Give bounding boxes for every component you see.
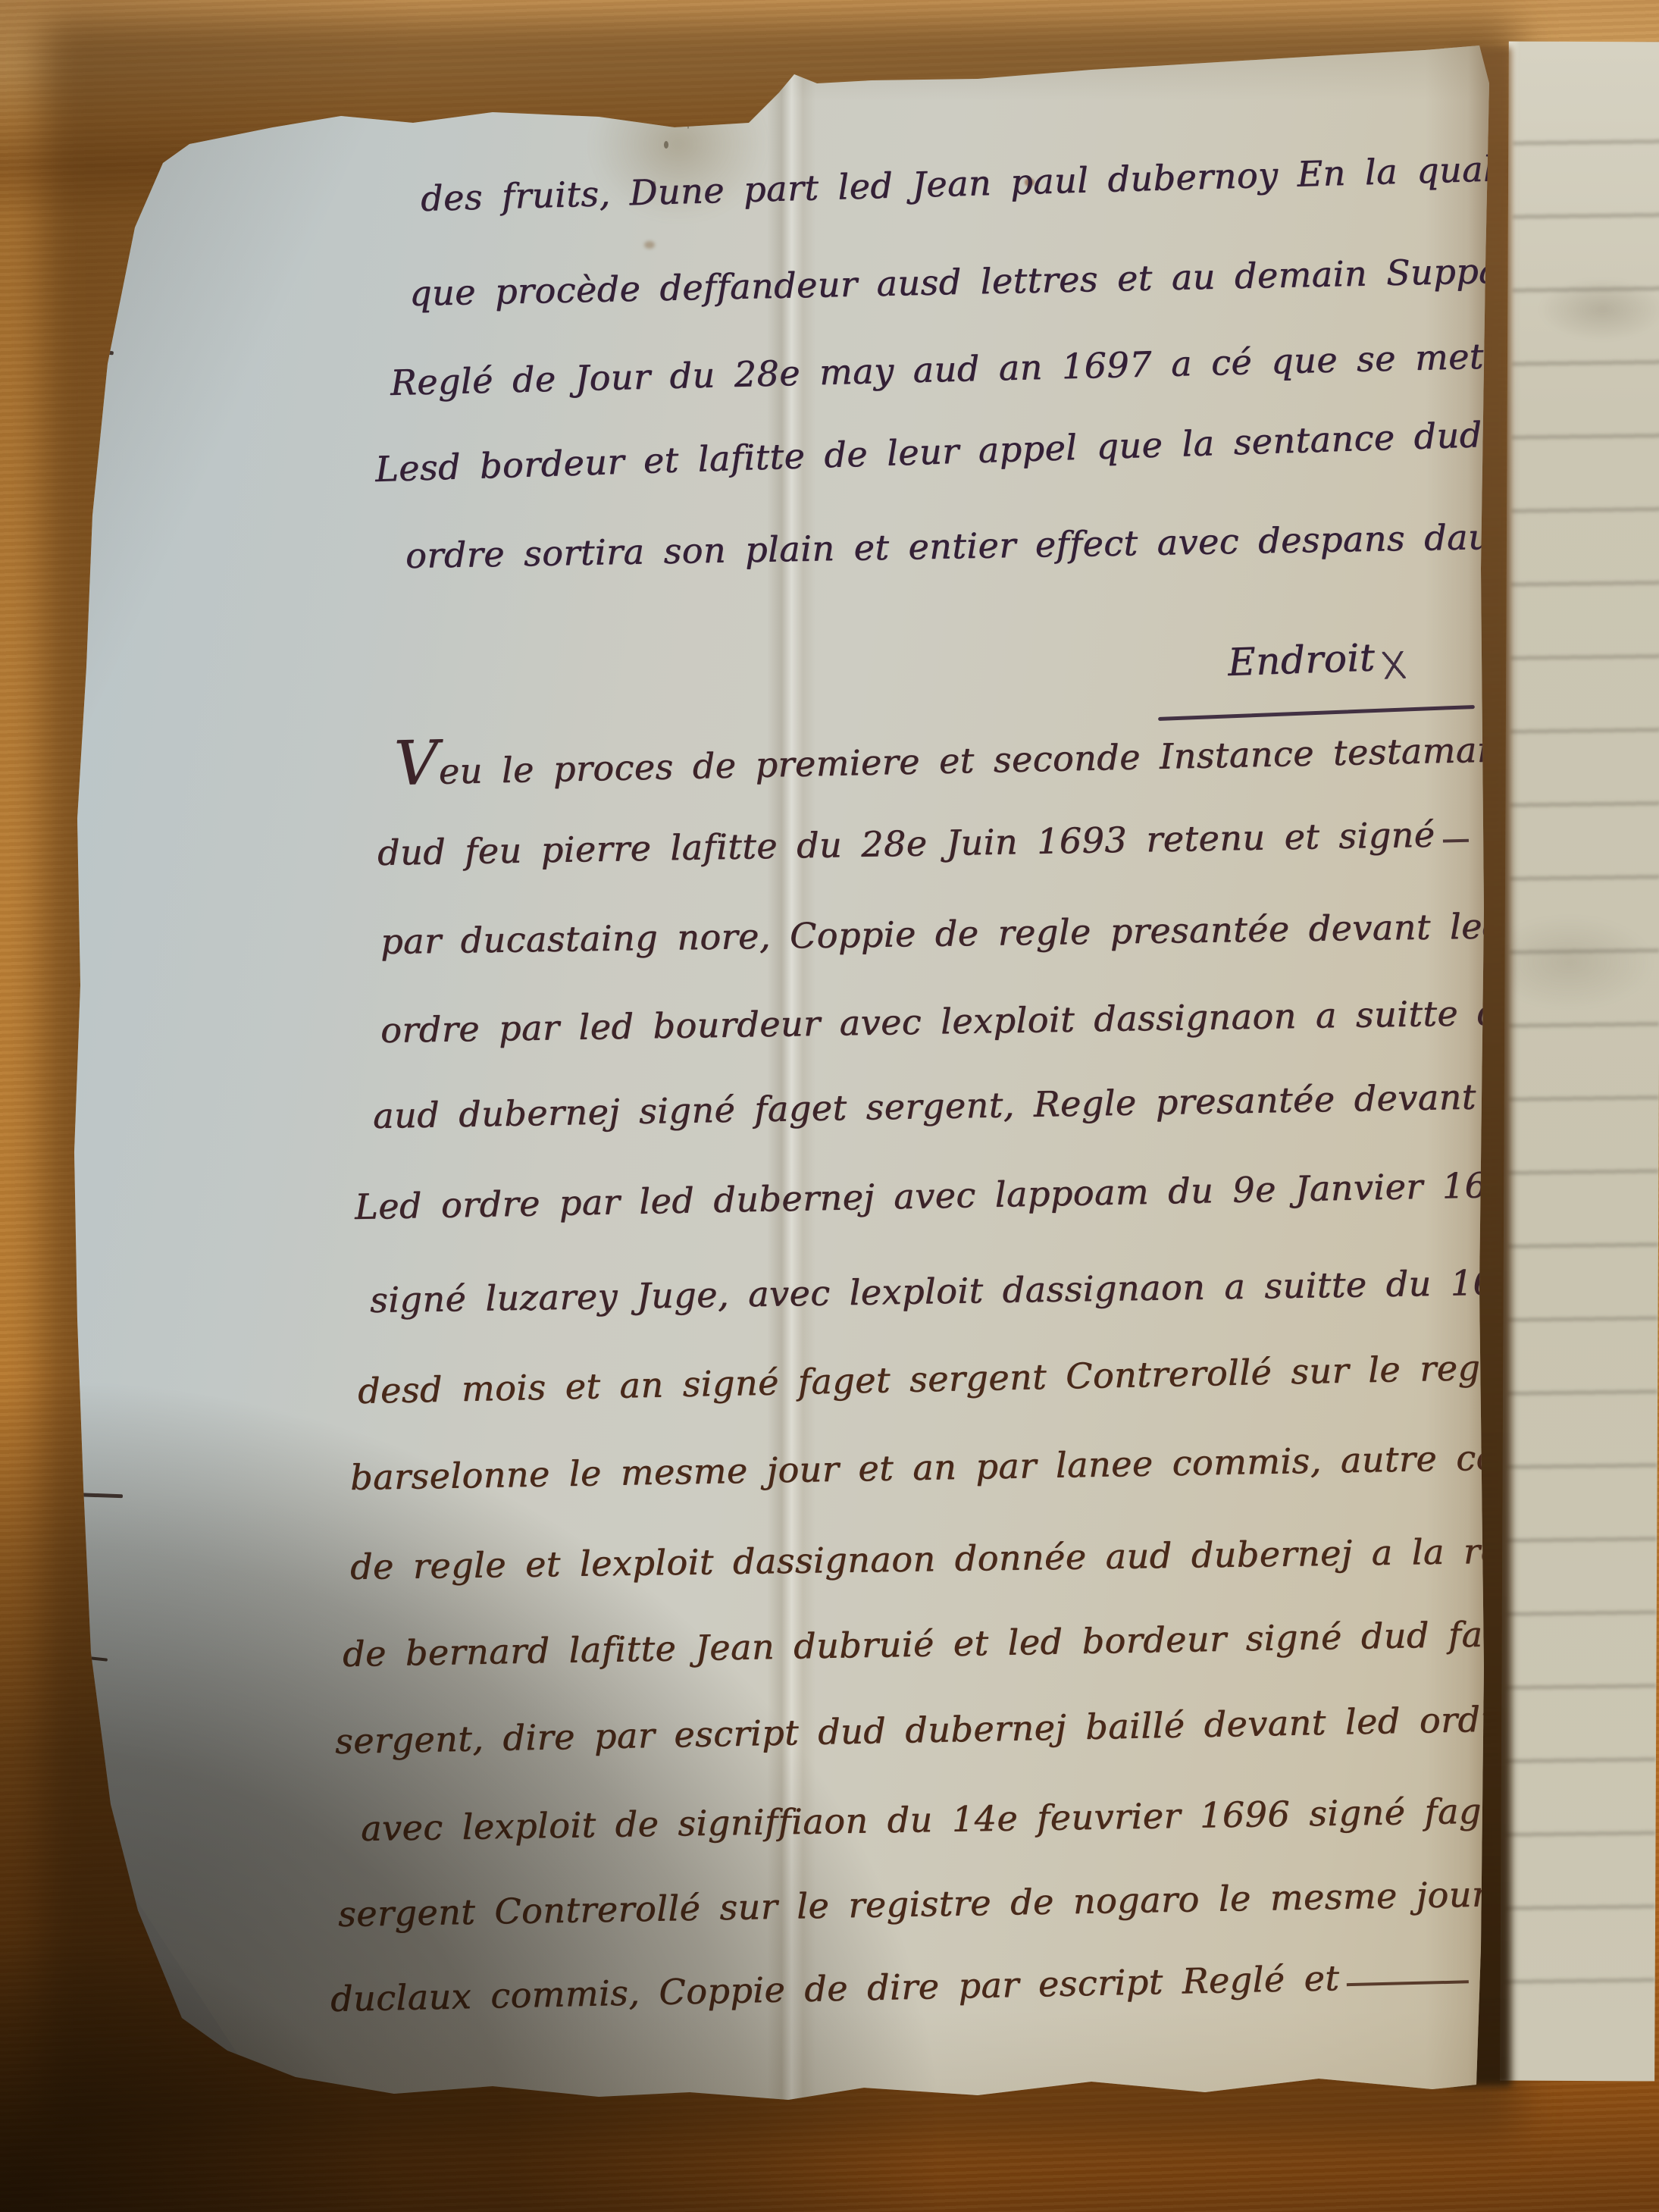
- photographed-manuscript: 15 des fruits, Dune part led Jean paul d…: [0, 0, 1659, 2212]
- endroit-marginal-note: Endroit: [1227, 634, 1406, 685]
- manuscript-line-text: aud dubernej signé faget sergent, Regle …: [373, 1076, 1477, 1136]
- manuscript-line: des fruits, Dune part led Jean paul dube…: [420, 149, 1472, 219]
- manuscript-line-text: Veu le proces de premiere et seconde Ins…: [393, 716, 1514, 793]
- manuscript-line: Led ordre par led dubernej avec lappoam …: [354, 1165, 1472, 1227]
- manuscript-line: dud feu pierre lafitte du 28e Juin 1693 …: [377, 813, 1473, 873]
- manuscript-line: ordre par led bourdeur avec lexploit das…: [380, 992, 1473, 1051]
- manuscript-line: sergent, dire par escript dud dubernej b…: [334, 1699, 1472, 1762]
- manuscript-line-text: Reglé de Jour du 28e may aud an 1697 a c…: [390, 334, 1557, 403]
- line-end-filler-stroke: [1347, 1980, 1469, 1986]
- manuscript-line: Reglé de Jour du 28e may aud an 1697 a c…: [390, 336, 1472, 403]
- manuscript-line-text: de bernard lafitte Jean dubruié et led b…: [343, 1612, 1542, 1675]
- manuscript-line-text: duclaux commis, Coppie de dire par escri…: [330, 1957, 1339, 2019]
- manuscript-line-text: Lesd bordeur et lafitte de leur appel qu…: [374, 413, 1508, 490]
- line-end-filler-stroke: [1442, 839, 1469, 843]
- manuscript-line: Lesd bordeur et lafitte de leur appel qu…: [374, 415, 1472, 490]
- manuscript-line-text: signé luzarey Juge, avec lexploit dassig…: [370, 1261, 1517, 1321]
- manuscript-line-text: desd mois et an signé faget sergent Cont…: [357, 1344, 1626, 1411]
- manuscript-line-text: que procède deffandeur ausd lettres et a…: [408, 248, 1614, 314]
- manuscript-line: barselonne le mesme jour et an par lanee…: [350, 1437, 1473, 1498]
- manuscript-page: 15 des fruits, Dune part led Jean paul d…: [68, 38, 1489, 2115]
- manuscript-line: ordre sortira son plain et entier effect…: [405, 516, 1473, 576]
- manuscript-line: de regle et lexploit dassignaon donnée a…: [350, 1531, 1473, 1587]
- paraph-flourish: [1382, 651, 1406, 679]
- manuscript-line-text: avec lexploit de signiffiaon du 14e feuv…: [361, 1790, 1517, 1849]
- manuscript-line: aud dubernej signé faget sergent, Regle …: [373, 1076, 1473, 1136]
- manuscript-line-text: par ducastaing nore, Coppie de regle pre…: [380, 905, 1505, 962]
- manuscript-line-text: barselonne le mesme jour et an par lanee…: [350, 1436, 1576, 1498]
- manuscript-line-text: dud feu pierre lafitte du 28e Juin 1693 …: [377, 814, 1435, 873]
- manuscript-line: de bernard lafitte Jean dubruié et led b…: [343, 1614, 1473, 1675]
- manuscript-lines: des fruits, Dune part led Jean paul dube…: [68, 38, 1489, 2115]
- manuscript-line-text: sergent, dire par escript dud dubernej b…: [334, 1698, 1519, 1762]
- second-sheet-bleedthrough: [1504, 72, 1659, 2051]
- manuscript-line-text: ordre sortira son plain et entier effect…: [405, 515, 1544, 576]
- manuscript-line: Veu le proces de premiere et seconde Ins…: [393, 716, 1472, 793]
- manuscript-line-text: ordre par led bourdeur avec lexploit das…: [380, 991, 1610, 1051]
- second-sheet: [1500, 42, 1659, 2082]
- manuscript-line-text: sergent Contrerollé sur le registre de n…: [338, 1870, 1659, 1935]
- manuscript-line: par ducastaing nore, Coppie de regle pre…: [380, 906, 1473, 962]
- manuscript-line: duclaux commis, Coppie de dire par escri…: [330, 1954, 1472, 2019]
- manuscript-line-text: de regle et lexploit dassignaon donnée a…: [350, 1530, 1560, 1587]
- manuscript-line: que procède deffandeur ausd lettres et a…: [408, 251, 1472, 314]
- manuscript-line: desd mois et an signé faget sergent Cont…: [357, 1347, 1472, 1411]
- manuscript-line: avec lexploit de signiffiaon du 14e feuv…: [361, 1791, 1473, 1849]
- manuscript-line-text: Led ordre par led dubernej avec lappoam …: [354, 1164, 1532, 1227]
- manuscript-line: sergent Contrerollé sur le registre de n…: [338, 1874, 1473, 1935]
- manuscript-line-text: Endroit: [1227, 635, 1376, 685]
- manuscript-line: signé luzarey Juge, avec lexploit dassig…: [370, 1262, 1473, 1321]
- manuscript-line-text: des fruits, Dune part led Jean paul dube…: [420, 147, 1542, 219]
